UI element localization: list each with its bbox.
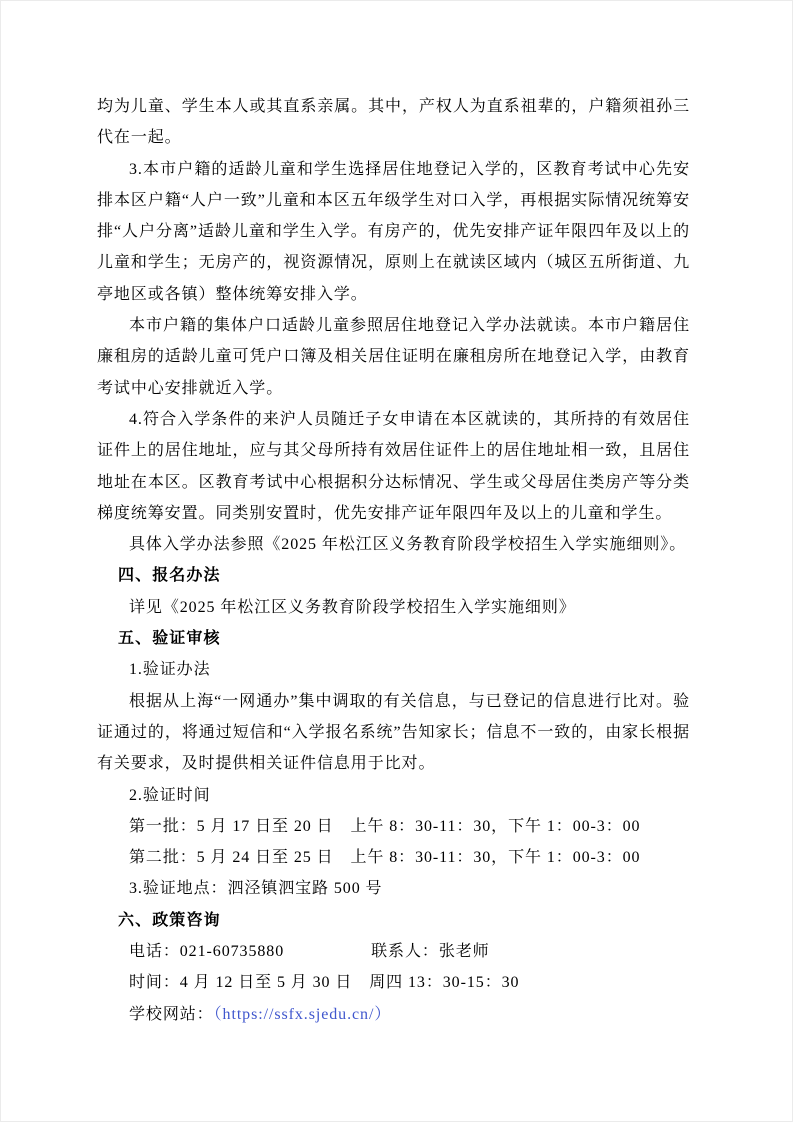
paragraph-item4-migrant-children: 4.符合入学条件的来沪人员随迁子女申请在本区就读的，其所持的有效居住证件上的居住… — [97, 404, 690, 529]
heading-section5-verification-review: 五、验证审核 — [97, 623, 690, 654]
line-phone-and-contact: 电话：021-60735880联系人：张老师 — [97, 936, 690, 967]
line-verification-method-title: 1.验证办法 — [97, 654, 690, 685]
line-consultation-time: 时间：4 月 12 日至 5 月 30 日 周四 13：30-15：30 — [97, 967, 690, 998]
document-content: 均为儿童、学生本人或其直系亲属。其中，产权人为直系祖辈的，户籍须祖孙三代在一起。… — [97, 91, 690, 1030]
paragraph-item3-residence-registration: 3.本市户籍的适龄儿童和学生选择居住地登记入学的，区教育考试中心先安排本区户籍“… — [97, 154, 690, 310]
heading-section6-policy-consultation: 六、政策咨询 — [97, 905, 690, 936]
paragraph-collective-household: 本市户籍的集体户口适龄儿童参照居住地登记入学办法就读。本市户籍居住廉租房的适龄儿… — [97, 310, 690, 404]
phone-number-label: 电话：021-60735880 — [129, 943, 284, 960]
line-verification-location: 3.验证地点：泗泾镇泗宝路 500 号 — [97, 873, 690, 904]
paragraph-method-reference: 具体入学办法参照《2025 年松江区义务教育阶段学校招生入学实施细则》。 — [97, 529, 690, 560]
line-school-website: 学校网站：（https://ssfx.sjedu.cn/） — [97, 999, 690, 1030]
paragraph-continued-from-previous-page: 均为儿童、学生本人或其直系亲属。其中，产权人为直系祖辈的，户籍须祖孙三代在一起。 — [97, 91, 690, 154]
heading-section4-registration-method: 四、报名办法 — [97, 560, 690, 591]
website-label: 学校网站： — [129, 1006, 214, 1023]
document-page: 均为儿童、学生本人或其直系亲属。其中，产权人为直系祖辈的，户籍须祖孙三代在一起。… — [0, 0, 793, 1122]
line-verification-batch1: 第一批：5 月 17 日至 20 日 上午 8：30-11：30，下午 1：00… — [97, 811, 690, 842]
paragraph-section4-body: 详见《2025 年松江区义务教育阶段学校招生入学实施细则》 — [97, 592, 690, 623]
website-link[interactable]: （https://ssfx.sjedu.cn/） — [214, 1006, 392, 1023]
line-verification-time-title: 2.验证时间 — [97, 780, 690, 811]
line-verification-batch2: 第二批：5 月 24 日至 25 日 上午 8：30-11：30，下午 1：00… — [97, 842, 690, 873]
paragraph-verification-method-body: 根据从上海“一网通办”集中调取的有关信息，与已登记的信息进行比对。验证通过的，将… — [97, 686, 690, 780]
contact-person-label: 联系人：张老师 — [371, 943, 489, 960]
